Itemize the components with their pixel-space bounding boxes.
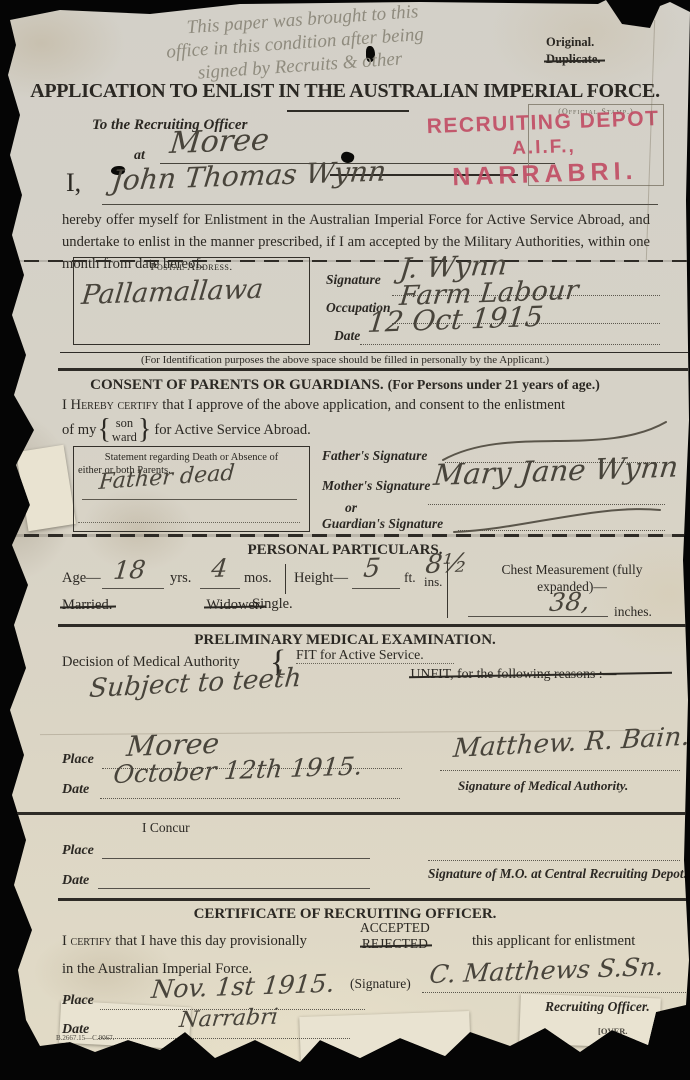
medical-signature-caption: Signature of Medical Authority.	[458, 778, 628, 794]
single-label: Single.	[252, 596, 293, 613]
medical-date-label: Date	[62, 782, 89, 798]
title-underline	[287, 110, 409, 112]
certificate-line1a: I certify that I have this day provision…	[62, 933, 307, 950]
at-place-handwritten: Moree	[168, 123, 271, 161]
certificate-cert-smallcaps: certify	[71, 933, 112, 949]
mother-signature-label: Mother's Signature	[322, 478, 430, 494]
mos-label: mos.	[244, 570, 272, 587]
recruiting-officer-caption: Recruiting Officer.	[545, 999, 650, 1015]
age-label: Age—	[62, 570, 101, 587]
printer-imprint: B.2667.15—C.9067.	[56, 1034, 114, 1042]
brace-close: }	[137, 414, 154, 446]
consent-heading-row: CONSENT OF PARENTS OR GUARDIANS. (For Pe…	[0, 376, 690, 394]
at-label: at	[134, 148, 145, 164]
section-rule	[58, 898, 688, 901]
postal-address-handwritten: Pallamallawa	[80, 274, 265, 311]
concur-place-line	[102, 842, 370, 859]
certificate-cert-i: I	[62, 933, 67, 949]
consent-cert-smallcaps: Hereby certify	[71, 397, 159, 413]
certificate-signature-label: (Signature)	[350, 976, 411, 992]
fit-option: FIT for Active Service.	[296, 647, 454, 664]
certificate-cert-rest: that I have this day provisionally	[115, 933, 307, 949]
section-rule	[58, 368, 688, 371]
recruiting-depot-stamp: RECRUITING DEPOT A.I.F., NARRABRI.	[397, 105, 690, 193]
concur-signature-line	[428, 846, 680, 861]
consent-heading-note: (For Persons under 21 years of age.)	[388, 377, 600, 392]
ins-label: ins.	[424, 574, 442, 590]
footnote-rule-top	[60, 352, 688, 353]
pen-flourish	[448, 500, 668, 536]
certificate-place-label: Place	[62, 993, 94, 1009]
duplicate-label-struck: Duplicate.	[546, 51, 601, 68]
consent-cert-tail: for Active Service Abroad.	[154, 422, 310, 439]
form-title: APPLICATION TO ENLIST IN THE AUSTRALIAN …	[0, 80, 690, 103]
pencil-annotation: This paper was brought to this office in…	[186, 0, 426, 85]
personal-particulars-heading: PERSONAL PARTICULARS.	[0, 542, 690, 559]
identification-footnote: (For Identification purposes the above s…	[0, 354, 690, 366]
married-label-struck: Married.	[62, 597, 112, 614]
certificate-heading: CERTIFICATE OF RECRUITING OFFICER.	[0, 906, 690, 923]
certificate-signature-line	[422, 976, 686, 993]
accepted-rejected-options: ACCEPTED REJECTED	[360, 920, 430, 952]
scanned-enlistment-form: This paper was brought to this office in…	[0, 0, 690, 1080]
consent-cert-rest: that I approve of the above application,…	[162, 397, 565, 413]
accepted-option: ACCEPTED	[360, 920, 430, 936]
certificate-line1b: this applicant for enlistment	[472, 933, 635, 950]
yrs-label: yrs.	[170, 570, 191, 587]
concur-place-label: Place	[62, 843, 94, 859]
section-rule	[58, 624, 688, 627]
father-signature-label: Father's Signature	[322, 448, 427, 464]
stitch-repair-line	[0, 534, 690, 537]
section-rule	[0, 812, 690, 815]
consent-of-my: of my	[62, 422, 96, 439]
consent-heading: CONSENT OF PARENTS OR GUARDIANS.	[90, 377, 384, 393]
ward-option: ward	[112, 430, 137, 444]
consent-certify-line1: I Hereby certify that I approve of the a…	[62, 397, 650, 414]
son-option: son	[116, 416, 133, 430]
i-label: I,	[66, 168, 81, 198]
chest-label-1: Chest Measurement (fully	[456, 562, 688, 579]
applicant-name-handwritten: John Thomas Wynn	[110, 154, 388, 197]
date-label: Date	[334, 328, 360, 344]
statement-line-1	[82, 499, 297, 500]
age-yrs-line	[102, 572, 164, 589]
height-ft-line	[352, 572, 400, 589]
certificate-date-line	[98, 1022, 350, 1039]
age-mos-line	[200, 572, 240, 589]
i-concur-label: I Concur	[142, 820, 190, 836]
signature-label: Signature	[326, 272, 381, 288]
chest-line	[468, 598, 608, 617]
medical-place-label: Place	[62, 752, 94, 768]
concur-date-line	[98, 872, 370, 889]
height-label: Height—	[294, 570, 348, 587]
inches-label: inches.	[614, 604, 652, 620]
medical-date-line	[100, 780, 400, 799]
particulars-divider	[285, 564, 286, 594]
name-field-line	[102, 204, 658, 205]
chest-divider	[447, 562, 448, 618]
concur-signature-caption: Signature of M.O. at Central Recruiting …	[428, 866, 687, 882]
ft-label: ft.	[404, 570, 416, 586]
postal-address-label: Postal Address.	[74, 261, 309, 273]
or-label: or	[345, 500, 357, 516]
rejected-option-struck: REJECTED	[362, 936, 428, 952]
son-ward-options: son ward	[112, 416, 137, 445]
parents-statement-label-1: Statement regarding Death or Absence of	[74, 451, 309, 464]
torn-paper-flap	[16, 445, 76, 532]
guardian-signature-label: Guardian's Signature	[322, 516, 443, 532]
brace-open: {	[96, 414, 111, 446]
date-field-line	[360, 324, 660, 345]
unfit-option-struck: UNFIT, for the following reasons :—	[411, 666, 617, 682]
statement-line-2	[78, 522, 300, 523]
original-label: Original.	[546, 34, 601, 51]
over-label: [OVER.	[598, 1026, 628, 1036]
consent-cert-i: I	[62, 397, 67, 413]
concur-date-label: Date	[62, 873, 89, 889]
medical-signature-line	[440, 752, 680, 771]
copy-marks: Original. Duplicate.	[546, 34, 601, 68]
consent-certify-line2: of my { son ward } for Active Service Ab…	[62, 414, 311, 446]
